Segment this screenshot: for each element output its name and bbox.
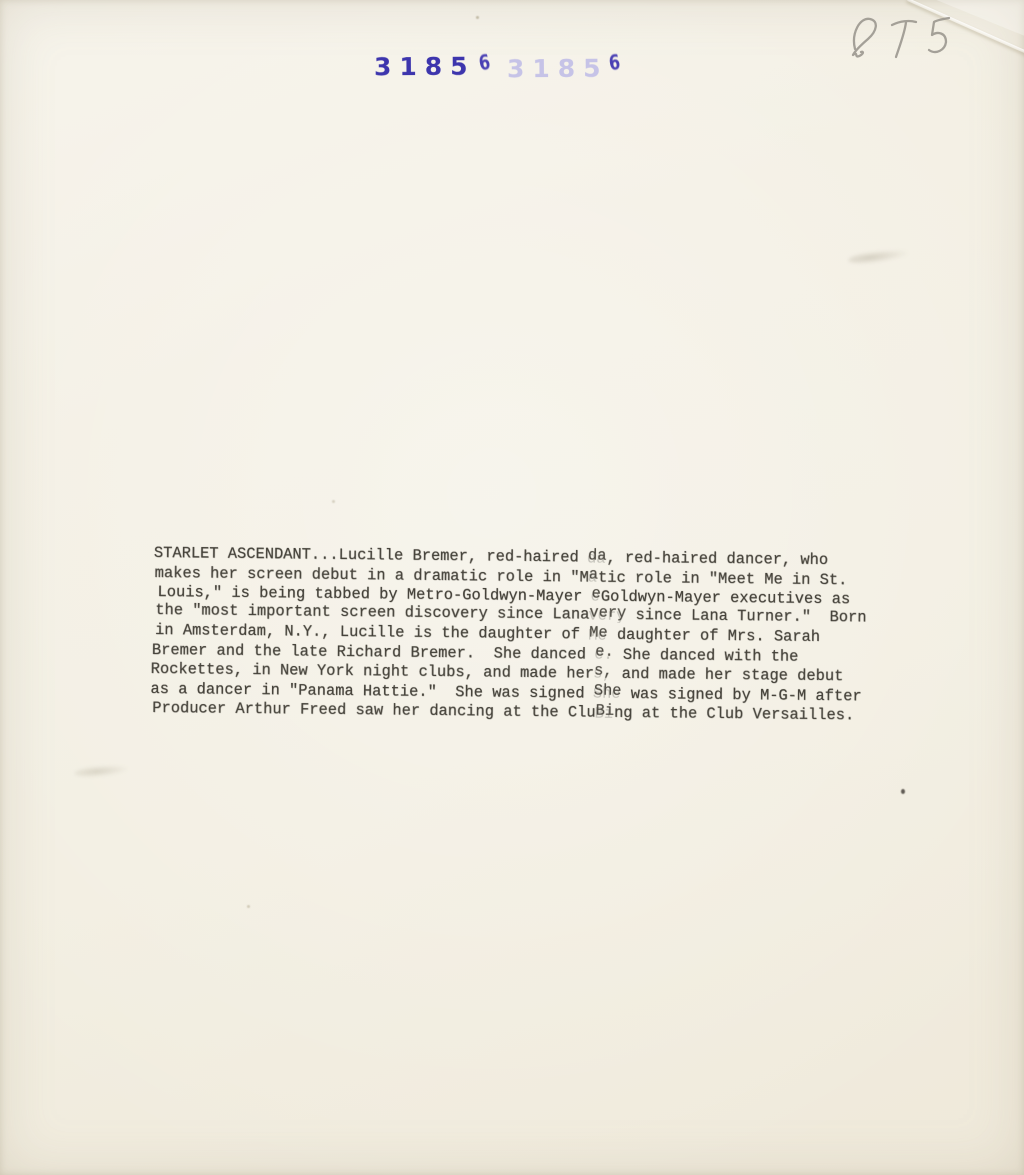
caption-line-pre: STARLET ASCENDANT...Lucille Bremer, red-… (154, 544, 588, 567)
caption-line-post: since Lana Turner." Born (626, 606, 866, 627)
paper-speck (476, 16, 479, 19)
caption-line-overstrike: Bi (596, 702, 615, 721)
pencil-smudge (847, 246, 910, 266)
caption-line-post: She danced with the (614, 646, 799, 666)
caption-line-pre: Rockettes, in New York night clubs, and … (151, 660, 594, 683)
caption-line-overstrike: a (589, 566, 598, 585)
handwritten-number (832, 4, 972, 70)
caption-line-post: ng at the Club Versailles. (614, 704, 854, 725)
caption-line-overstrike: e. (586, 643, 614, 663)
typed-caption: STARLET ASCENDANT...Lucille Bremer, red-… (150, 544, 932, 726)
caption-line-overstrike: She (594, 682, 622, 702)
caption-line-overstrike: s, (594, 662, 613, 681)
caption-line-overstrike: e (591, 585, 600, 604)
caption-line-overstrike: very (589, 603, 626, 623)
paper-speck (247, 905, 250, 908)
photo-back-paper: 3185 6 3185 6 STARLET ASCENDANT...Lucill… (0, 0, 1024, 1175)
caption-line-overstrike: Me (589, 623, 608, 642)
pencil-digit-2 (853, 19, 876, 57)
caption-line-pre: as a dancer in "Panama Hattie." She was … (150, 680, 593, 703)
paper-speck (332, 500, 335, 503)
stamp-mark-icon: 6 (608, 52, 622, 73)
pencil-digit-7-stem (896, 22, 906, 57)
pencil-digit-7-top (892, 21, 916, 25)
ink-speck (901, 789, 905, 794)
pencil-smudge (74, 763, 131, 780)
stamp-number: 3185 (374, 54, 476, 80)
stamp-mark-icon: 6 (477, 52, 491, 74)
caption-line-post: Goldwyn-Mayer executives as (601, 587, 851, 608)
caption-line-post: was signed by M-G-M after (621, 685, 861, 706)
caption-line-post: daughter of Mrs. Sarah (608, 626, 821, 646)
caption-line-pre: Producer Arthur Freed saw her dancing at… (152, 699, 595, 722)
caption-line-post: tic role in "Meet Me in St. (598, 568, 848, 589)
caption-line-overstrike: da (588, 546, 607, 565)
caption-line-post: and made her stage debut (612, 665, 843, 685)
stamp-number-ghost: 3185 (507, 56, 609, 82)
caption-line-pre: in Amsterdam, N.Y., Lucille is the daugh… (155, 621, 589, 644)
caption-line-pre: the "most important screen discovery sin… (155, 601, 589, 624)
pencil-digit-5 (929, 18, 949, 52)
caption-line-post: , red-haired dancer, who (606, 549, 828, 569)
